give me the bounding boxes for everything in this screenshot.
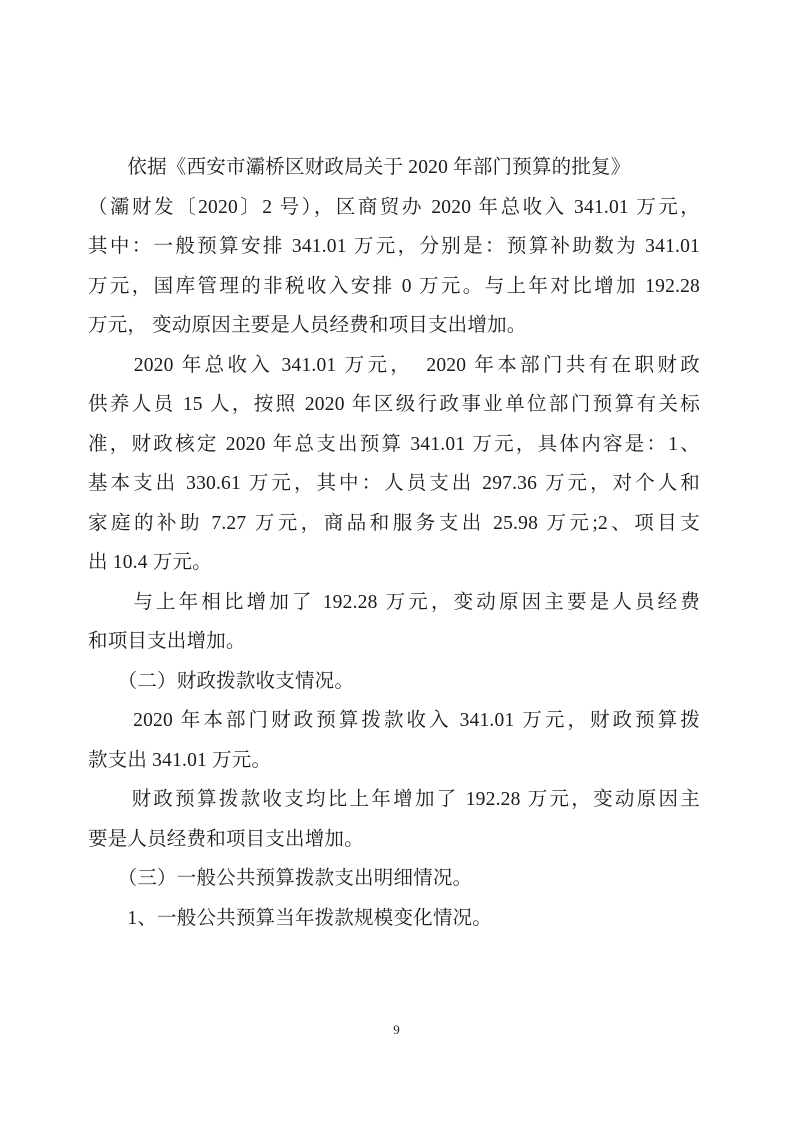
text-line: 家庭的补助 7.27 万元，商品和服务支出 25.98 万元;2、项目支 — [88, 504, 700, 544]
text-line: 万元，国库管理的非税收入安排 0 万元。与上年对比增加 192.28 — [88, 267, 700, 307]
text-line: 财政预算拨款收支均比上年增加了 192.28 万元，变动原因主 — [88, 780, 700, 820]
text-line: 2020 年本部门财政预算拨款收入 341.01 万元，财政预算拨 — [88, 701, 700, 741]
text-line: 2020 年总收入 341.01 万元， 2020 年本部门共有在职财政 — [88, 346, 700, 386]
text-line: 准，财政核定 2020 年总支出预算 341.01 万元，具体内容是：1、 — [88, 425, 700, 465]
text-line: （灞财发〔2020〕2 号），区商贸办 2020 年总收入 341.01 万元， — [88, 188, 700, 228]
text-line: 要是人员经费和项目支出增加。 — [88, 820, 700, 860]
text-line: （二）财政拨款收支情况。 — [88, 662, 700, 702]
text-line: 出 10.4 万元。 — [88, 543, 700, 583]
text-line: 万元， 变动原因主要是人员经费和项目支出增加。 — [88, 306, 700, 346]
text-line: 款支出 341.01 万元。 — [88, 741, 700, 781]
text-line: 供养人员 15 人，按照 2020 年区级行政事业单位部门预算有关标 — [88, 385, 700, 425]
text-line: 其中：一般预算安排 341.01 万元，分别是：预算补助数为 341.01 — [88, 227, 700, 267]
text-line: 基本支出 330.61 万元，其中：人员支出 297.36 万元，对个人和 — [88, 464, 700, 504]
page-number: 9 — [0, 1022, 793, 1038]
text-line: 和项目支出增加。 — [88, 622, 700, 662]
document-page: 依据《西安市灞桥区财政局关于 2020 年部门预算的批复》 （灞财发〔2020〕… — [0, 0, 793, 1122]
text-line: 依据《西安市灞桥区财政局关于 2020 年部门预算的批复》 — [88, 148, 700, 188]
text-line: 1、一般公共预算当年拨款规模变化情况。 — [88, 899, 700, 939]
body-text: 依据《西安市灞桥区财政局关于 2020 年部门预算的批复》 （灞财发〔2020〕… — [88, 148, 700, 938]
text-line: 与上年相比增加了 192.28 万元，变动原因主要是人员经费 — [88, 583, 700, 623]
text-line: （三）一般公共预算拨款支出明细情况。 — [88, 859, 700, 899]
